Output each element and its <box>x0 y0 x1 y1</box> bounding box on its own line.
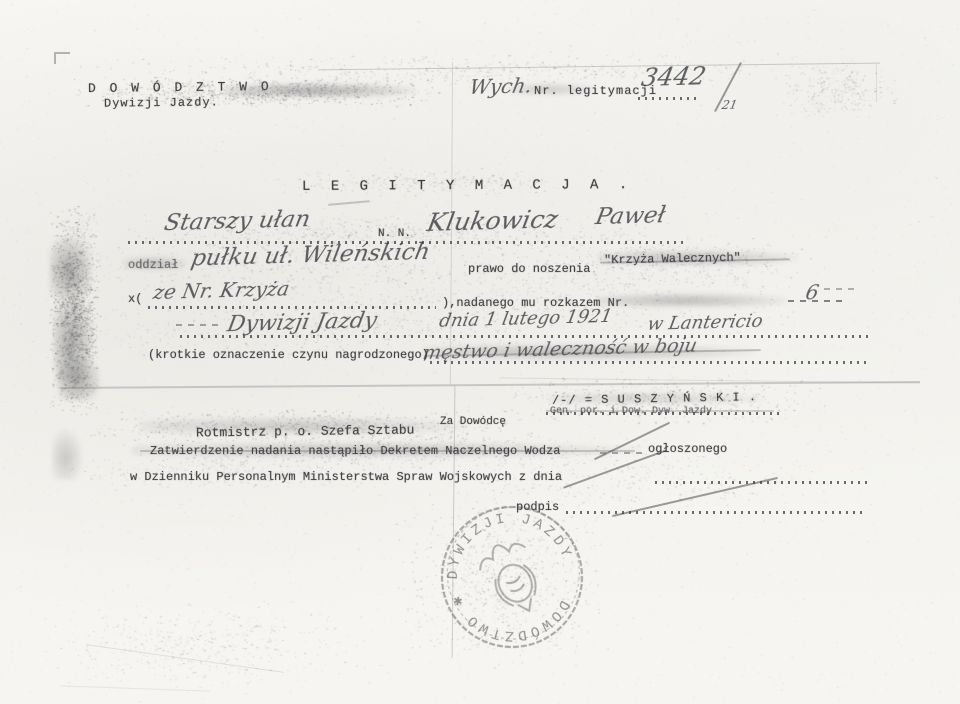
right-to-wear-text: prawo do noszenia <box>468 262 590 276</box>
title-pen-mark <box>328 200 370 206</box>
edge-blotch-1 <box>50 236 92 298</box>
order-dots <box>148 306 436 309</box>
unit-label-smudge <box>124 256 188 270</box>
corner-mark-top-left <box>54 52 70 64</box>
holder-surname-handwritten: Klukowicz <box>425 204 561 237</box>
order-open-paren: x( <box>128 292 142 306</box>
holder-rank-handwritten: Starszy ułan <box>162 206 312 236</box>
signature-sub-strike <box>546 410 774 412</box>
header-number-handwritten: 3442 <box>639 61 708 92</box>
eagle-icon <box>474 534 552 622</box>
header-number-small: 21 <box>721 98 739 112</box>
holder-infix: N. N. <box>378 228 411 240</box>
confirmation-strike <box>140 450 635 452</box>
deed-caption: (krotkie oznaczenie czynu nagrodzonego) <box>148 348 429 362</box>
holder-firstname-handwritten: Paweł <box>593 202 667 230</box>
order-trailing-dashes-2 <box>824 288 856 290</box>
date-handwritten: dnia 1 lutego 1921 <box>438 306 614 332</box>
order-handwritten: ze Nr. Krzyża <box>151 276 291 304</box>
crease-bottom-left-2 <box>60 685 210 691</box>
signature-sub-dots <box>546 412 780 415</box>
edge-blotch-4 <box>52 430 82 480</box>
podpis-dots <box>566 511 866 514</box>
fold-crease-horizontal <box>60 381 920 389</box>
crease-bottom-left-1 <box>86 644 284 673</box>
confirmation-line2: w Dzienniku Personalnym Ministerstwa Spr… <box>130 470 562 484</box>
place-handwritten: w Lantericio <box>646 310 765 334</box>
order-trailing-dashes <box>788 300 848 302</box>
order-close-smudge <box>598 293 788 307</box>
header-command-line2: Dywizji Jazdy. <box>104 95 219 110</box>
header-nr-smudge <box>508 83 598 95</box>
signature-smudge <box>548 392 768 404</box>
chief-smudge-band <box>140 417 470 434</box>
header-nr-dots <box>638 97 700 100</box>
round-stamp: DOWÓDZTWO ✱ DYWIZJI JAZDY <box>398 463 627 692</box>
date-leading-dashes <box>176 324 220 326</box>
date-unit-handwritten: Dywizji Jazdy <box>225 308 379 337</box>
document-title: L E G I T Y M A C J A . <box>302 177 633 195</box>
edge-blotch-3 <box>58 356 100 400</box>
ogloszonego-word: ogłoszonego <box>648 442 727 456</box>
header-smudge <box>226 83 416 97</box>
svg-text:DOWÓDZTWO ✱ DYWIZJI JAZDY: DOWÓDZTWO ✱ DYWIZJI JAZDY <box>429 494 595 661</box>
page-top-edge-line <box>318 63 880 71</box>
edge-mark-top-right <box>876 64 877 102</box>
scanned-document-page: D O W Ó D Z T W O Dywizji Jazdy. Wych. N… <box>0 0 960 704</box>
unit-handwritten: pułku uł. Wileńskich <box>189 239 432 272</box>
date-line-dots <box>180 335 870 338</box>
deed-dots <box>430 361 870 364</box>
stamp-ring-text: DOWÓDZTWO ✱ DYWIZJI JAZDY <box>429 494 595 661</box>
